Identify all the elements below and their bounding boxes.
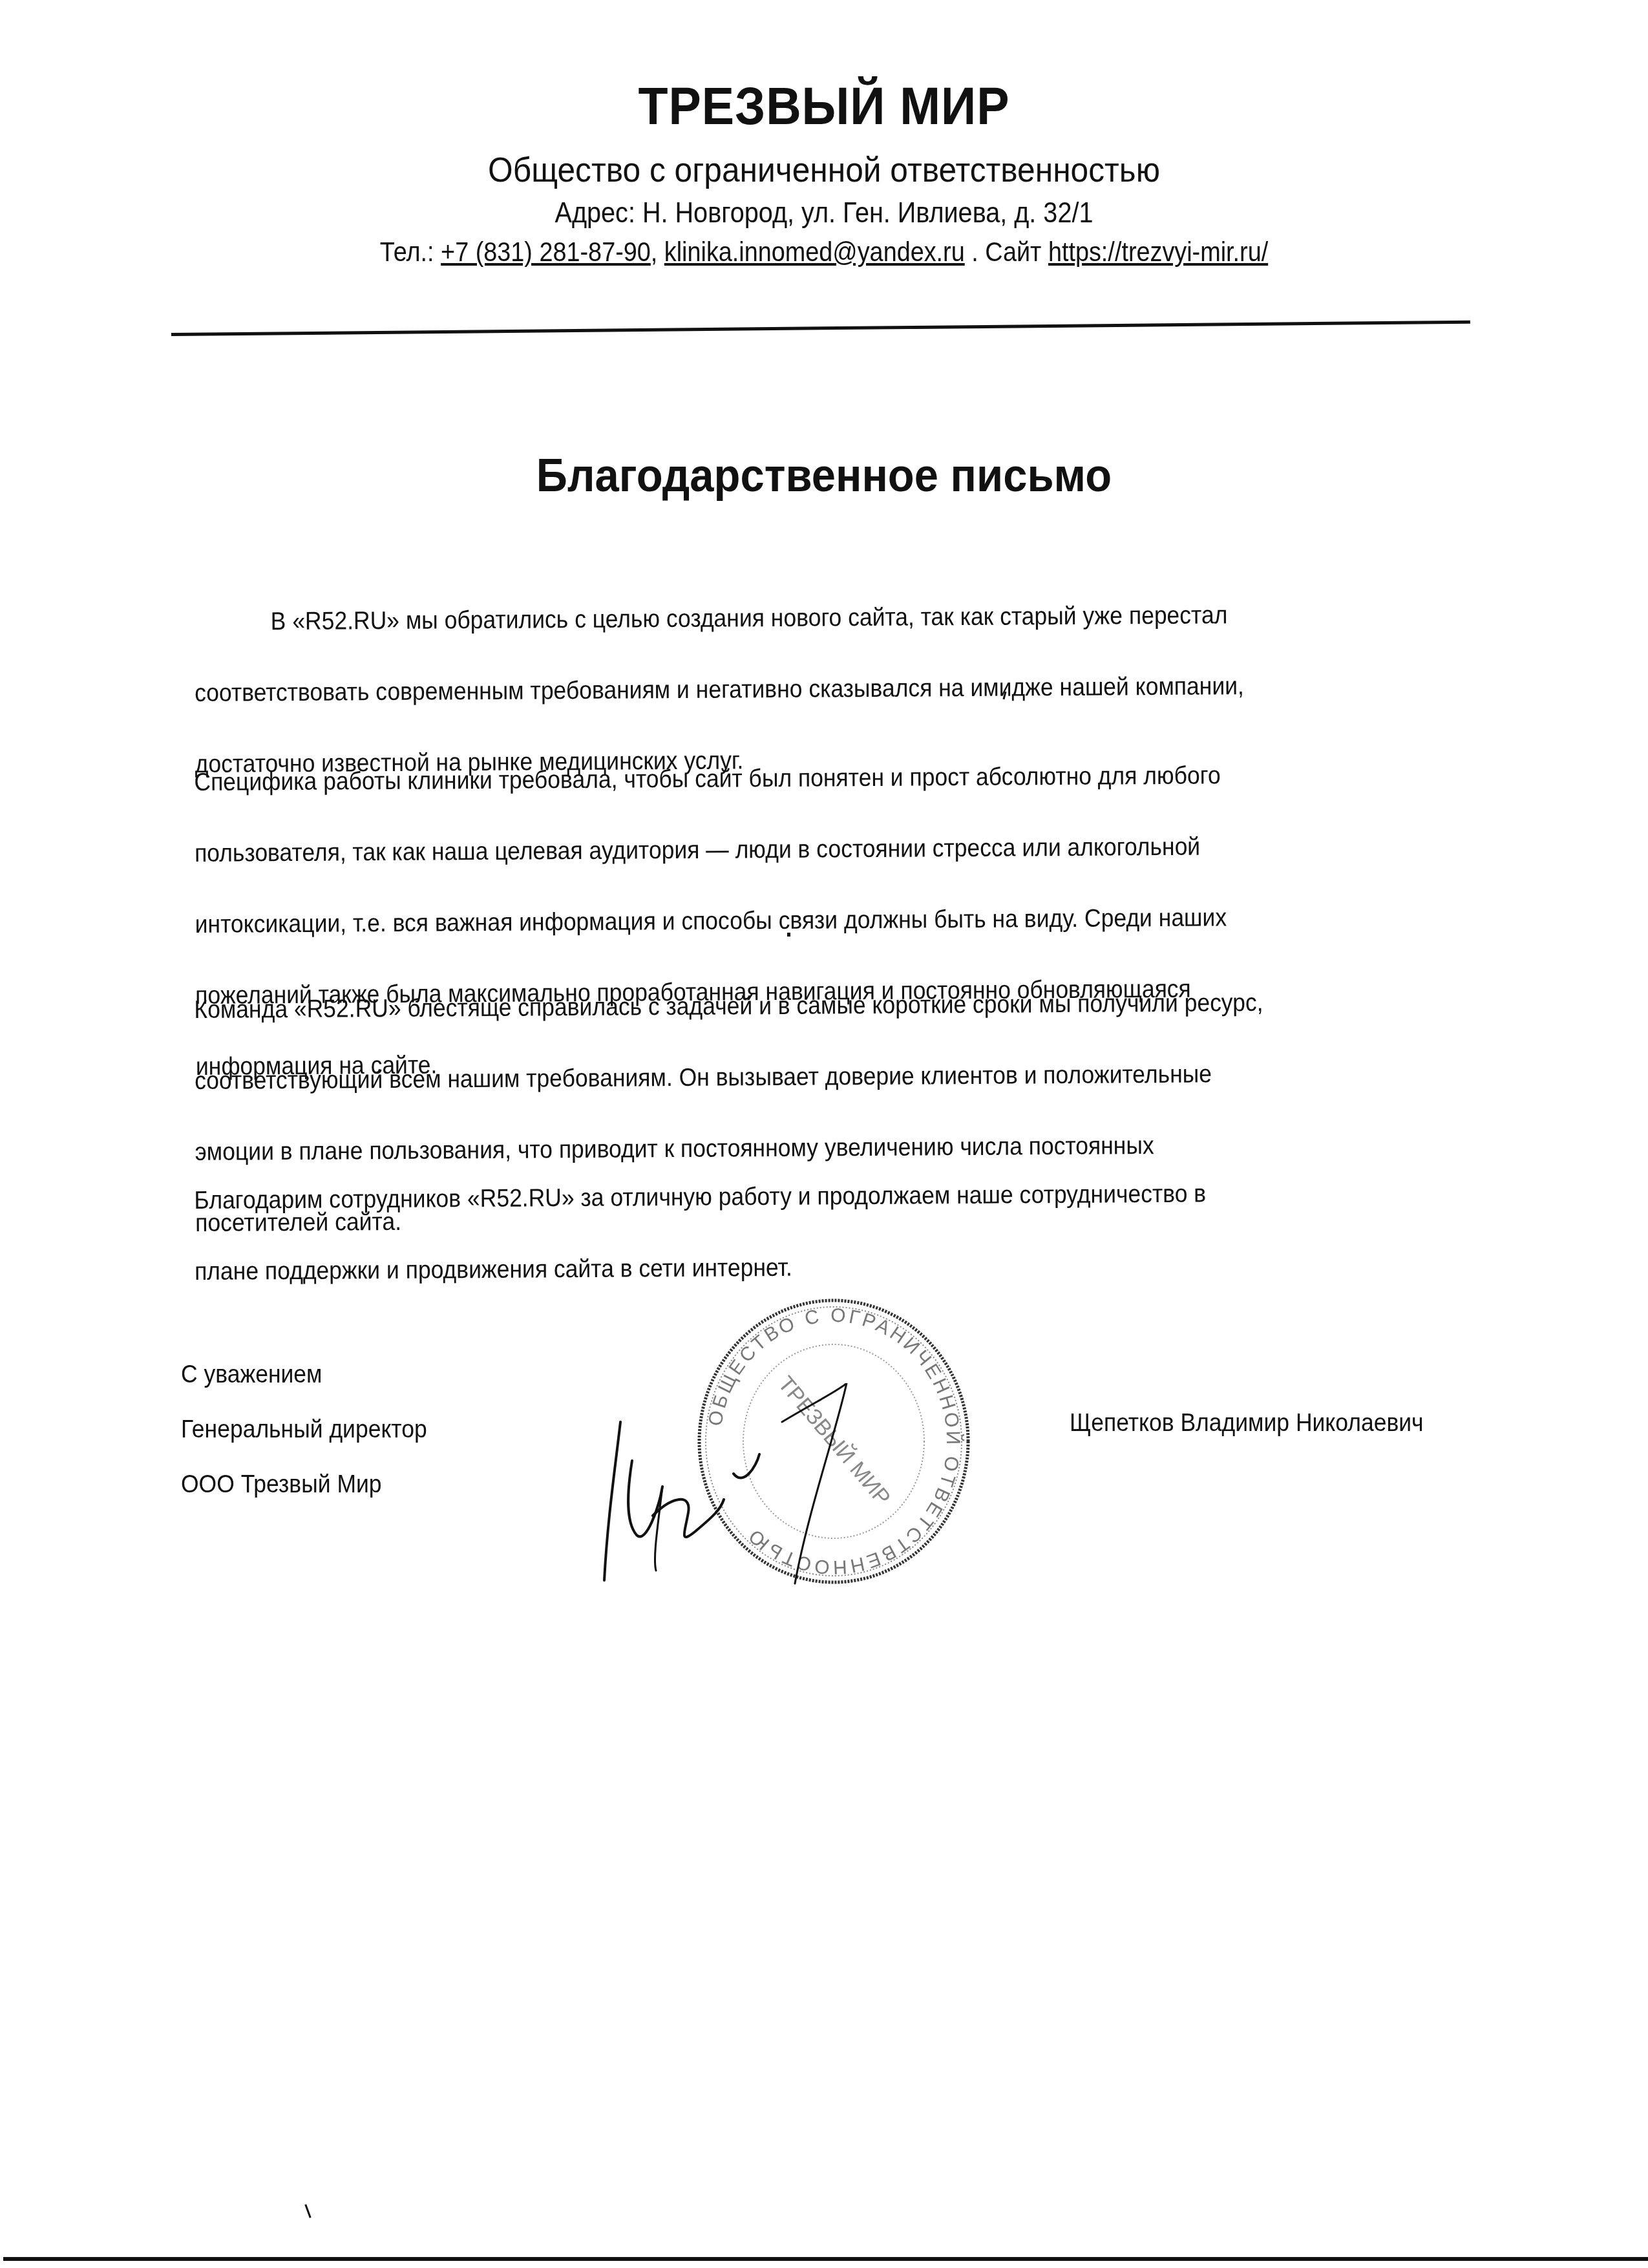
text-line: пользователя, так как наша целевая аудит… [195,828,1382,871]
org-contacts: Тел.: +7 (831) 281-87-90, klinika.innome… [83,237,1566,268]
site-label: . Сайт [965,237,1048,267]
text-line: соответствовать современным требованиям … [195,668,1382,711]
phone-label: Тел.: [380,237,441,267]
scan-speck [304,2204,311,2218]
signer-company: ООО Трезвый Мир [181,1470,382,1499]
text-line: Команда «R52.RU» блестяще справилась с з… [194,984,1382,1028]
signature [582,1383,944,1603]
website-link[interactable]: https://trezvyi-mir.ru/ [1048,237,1268,267]
text-line: плане поддержки и продвижения сайта в се… [195,1246,1382,1289]
phone-link[interactable]: +7 (831) 281-87-90 [441,237,651,267]
document-title: Благодарственное письмо [58,449,1590,502]
header-divider [171,321,1470,336]
signer-position: Генеральный директор [181,1415,427,1444]
email-link[interactable]: klinika.innomed@yandex.ru [664,237,965,267]
org-legal-form: Общество с ограниченной ответственностью [66,150,1582,190]
text-line: соответствующий всем нашим требованиям. … [195,1055,1382,1099]
signer-name: Щепетков Владимир Николаевич [1070,1409,1424,1437]
scan-speck [787,933,790,937]
closing-regards: С уважением [181,1361,322,1389]
contacts-separator: , [651,237,664,267]
text-line: В «R52.RU» мы обратились с целью создани… [194,597,1382,640]
text-line: Специфика работы клиники требовала, чтоб… [194,757,1382,800]
footer-divider [3,2257,1648,2261]
org-address: Адрес: Н. Новгород, ул. Ген. Ивлиева, д.… [83,197,1566,229]
text-line: Благодарим сотрудников «R52.RU» за отлич… [194,1175,1382,1218]
org-name: ТРЕЗВЫЙ МИР [66,76,1582,137]
